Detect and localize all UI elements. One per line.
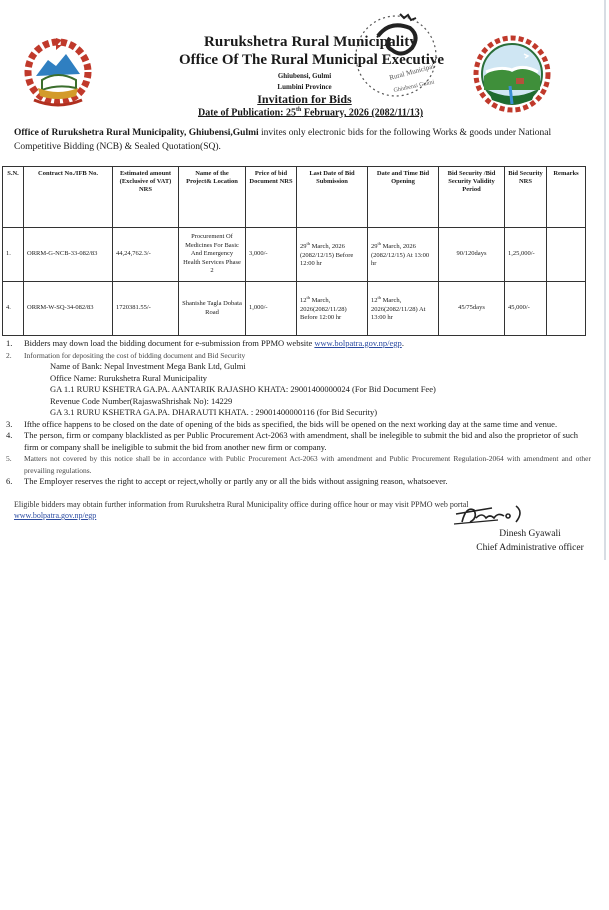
note-end: . [402,338,404,348]
note-text: The Employer reserves the right to accep… [24,476,447,486]
note-3: 3. Ifthe office happens to be closed on … [6,419,591,431]
further-info-text: Eligible bidders may obtain further info… [14,500,469,509]
note-1: 1. Bidders may down load the bidding doc… [6,338,591,350]
bank-name: Name of Bank: Nepal Investment Mega Bank… [50,361,591,373]
cell-sn: 4. [3,282,24,336]
note-5: 5. Matters not covered by this notice sh… [6,453,591,476]
cell-contract-no: ORRM-G-NCB-33-082/83 [24,228,113,282]
signatory-title: Chief Administrative officer [450,543,609,553]
header-sn: S.N. [3,167,24,228]
svg-text:Rural Municipal: Rural Municipal [388,62,435,82]
cell-bid-security: 45,000/- [505,282,547,336]
revenue-code: Revenue Code Number(RajaswaShrishak No):… [50,396,591,408]
cell-project: Shanishe Tagla Dobata Road [179,282,246,336]
table-header-row: S.N. Contract No./IFB No. Estimated amou… [3,167,586,228]
cell-bid-doc-price: 3,000/- [246,228,297,282]
cell-contract-no: ORRM-W-SQ-34-082/83 [24,282,113,336]
header-contract-no: Contract No./IFB No. [24,167,113,228]
revenue-account: GA 1.1 RURU KSHETRA GA.PA. AANTARIK RAJA… [50,384,591,396]
note-6: 6. The Employer reserves the right to ac… [6,476,591,488]
intro-org: Office of Rurukshetra Rural Municipality… [14,128,259,138]
table-row: 1. ORRM-G-NCB-33-082/83 44,24,762.3/- Pr… [3,228,586,282]
header-opening: Date and Time Bid Opening [368,167,439,228]
note-text: Information for depositing the cost of b… [24,351,245,360]
svg-text:Ghiubensi Gulmi: Ghiubensi Gulmi [393,79,435,94]
cell-remarks [547,228,586,282]
table-row: 4. ORRM-W-SQ-34-082/83 1720381.55/- Shan… [3,282,586,336]
cell-opening: 12th March, 2026(2082/11/28) At 13:00 hr [368,282,439,336]
last-date-rest: March, 2026(2082/11/28) Before 12:00 hr [300,297,347,321]
office-stamp-icon: Rural Municipal Ghiubensi Gulmi [350,6,442,106]
note-text: Matters not covered by this notice shall… [24,454,591,475]
cell-sn: 1. [3,228,24,282]
signatory-name: Dinesh Gyawali [470,529,590,539]
bank-details: Name of Bank: Nepal Investment Mega Bank… [6,361,591,419]
note-number: 2. [6,350,12,362]
header-project: Name of the Project& Location [179,167,246,228]
municipality-seal-logo [472,30,552,116]
cell-estimated-amount: 1720381.55/- [113,282,179,336]
cell-estimated-amount: 44,24,762.3/- [113,228,179,282]
header-bid-security: Bid Security NRS [505,167,547,228]
header-validity: Bid Security /Bid Security Validity Peri… [439,167,505,228]
opening-rest: March, 2026 (2082/12/15) At 13:00 hr [371,243,429,267]
cell-bid-doc-price: 1,000/- [246,282,297,336]
bids-table: S.N. Contract No./IFB No. Estimated amou… [2,166,586,336]
cell-opening: 29th March, 2026 (2082/12/15) At 13:00 h… [368,228,439,282]
publication-date-prefix: Date of Publication: 25 [198,107,296,118]
note-number: 4. [6,430,12,442]
note-number: 1. [6,338,12,350]
page-edge-divider [604,0,606,560]
note-number: 6. [6,476,12,488]
signature-icon [452,500,532,528]
header-remarks: Remarks [547,167,586,228]
intro-paragraph: Office of Rurukshetra Rural Municipality… [14,126,574,154]
header-last-date: Last Date of Bid Submission [297,167,368,228]
cell-project: Procurement Of Medicines For Basic And E… [179,228,246,282]
note-text: Bidders may down load the bidding docume… [24,338,314,348]
header-bid-doc-price: Price of bid Document NRS [246,167,297,228]
cell-bid-security: 1,25,000/- [505,228,547,282]
header-estimated-amount: Estimated amount (Exclusive of VAT) NRS [113,167,179,228]
cell-remarks [547,282,586,336]
notes-list: 1. Bidders may down load the bidding doc… [6,338,591,488]
security-account: GA 3.1 RURU KSHETRA GA.PA. DHARAUTI KHAT… [50,407,591,419]
cell-last-date: 29th March, 2026 (2082/12/15) Before 12:… [297,228,368,282]
bolpatra-link-footer[interactable]: www.bolpatra.gov.np/egp [14,511,96,520]
note-number: 5. [6,453,12,465]
opening-rest: March, 2026(2082/11/28) At 13:00 hr [371,297,425,321]
publication-date-suffix: February, 2026 (2082/11/13) [301,107,423,118]
note-text: The person, firm or company blacklisted … [24,430,578,452]
bolpatra-link[interactable]: www.bolpatra.gov.np/egp [314,338,401,348]
cell-validity: 90/120days [439,228,505,282]
last-date-rest: March, 2026 (2082/12/15) Before 12:00 hr [300,243,353,267]
cell-last-date: 12th March, 2026(2082/11/28) Before 12:0… [297,282,368,336]
office-name-line: Office Name: Rurukshetra Rural Municipal… [50,373,591,385]
note-2: 2. Information for depositing the cost o… [6,350,591,362]
note-text: Ifthe office happens to be closed on the… [24,419,557,429]
cell-validity: 45/75days [439,282,505,336]
note-4: 4. The person, firm or company blacklist… [6,430,591,453]
note-number: 3. [6,419,12,431]
